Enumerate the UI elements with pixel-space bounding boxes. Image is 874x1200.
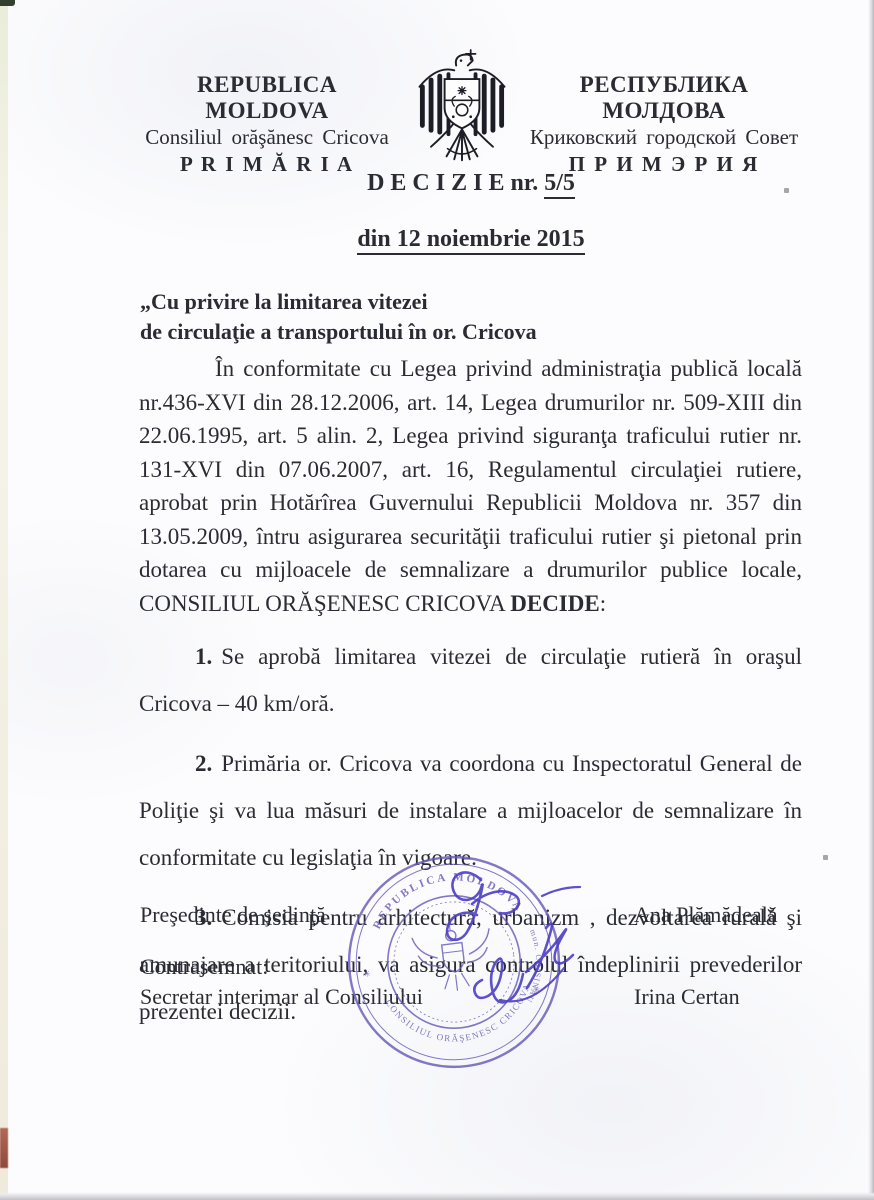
- letterhead-russian: РЕСПУБЛИКА МОЛДОВА Криковский городской …: [526, 72, 802, 177]
- scan-speck: [823, 855, 828, 860]
- secretary-name: Irina Certan: [634, 984, 740, 1010]
- council-name-ru: Криковский городской Совет: [526, 124, 802, 150]
- president-signature-ink: [447, 872, 580, 939]
- country-name-ru: РЕСПУБЛИКА МОЛДОВА: [526, 72, 802, 124]
- decision-label: D E C I Z I E nr.: [367, 170, 538, 196]
- moldova-coat-of-arms-icon: [404, 46, 520, 172]
- decision-title: D E C I Z I E nr. 5/5: [140, 170, 802, 197]
- point-number: 1.: [195, 644, 212, 669]
- scan-edge-left: [0, 0, 8, 1200]
- subject-line-1: „Cu privire la limitarea vitezei: [140, 287, 740, 317]
- handwritten-signatures: [330, 852, 620, 1032]
- president-name: Ana Plămădeală: [634, 902, 778, 928]
- decision-subject: „Cu privire la limitarea vitezei de circ…: [140, 287, 740, 347]
- letterhead-romanian: REPUBLICA MOLDOVA Consiliul orăşănesc Cr…: [136, 72, 398, 177]
- council-name-ro: Consiliul orăşănesc Cricova: [136, 124, 398, 150]
- scan-red-mark: [0, 1128, 8, 1168]
- scan-edge-bottom: [0, 1192, 874, 1200]
- preamble-paragraph: În conformitate cu Legea privind adminis…: [139, 352, 802, 620]
- country-name-ro: REPUBLICA MOLDOVA: [136, 72, 398, 124]
- point-number: 2.: [195, 751, 212, 776]
- president-label: Preşedinte de şedinţă: [140, 902, 326, 927]
- scan-corner-mark: [0, 0, 15, 6]
- scan-edge-right: [868, 0, 874, 1200]
- decide-word: DECIDE: [510, 591, 599, 616]
- decision-number: 5/5: [544, 170, 575, 199]
- decision-date: din 12 noiembrie 2015: [140, 226, 802, 253]
- scanned-decision-document: REPUBLICA MOLDOVA Consiliul orăşănesc Cr…: [0, 0, 874, 1200]
- letterhead: REPUBLICA MOLDOVA Consiliul orăşănesc Cr…: [136, 72, 802, 177]
- secretary-signature-ink: [474, 924, 573, 1003]
- decision-point-1: 1.Se aprobă limitarea vitezei de circula…: [139, 633, 802, 727]
- subject-line-2: de circulaţie a transportului în or. Cri…: [140, 317, 740, 347]
- point-text: Se aprobă limitarea vitezei de circulaţi…: [139, 644, 802, 716]
- decision-title-block: D E C I Z I E nr. 5/5 din 12 noiembrie 2…: [140, 170, 802, 253]
